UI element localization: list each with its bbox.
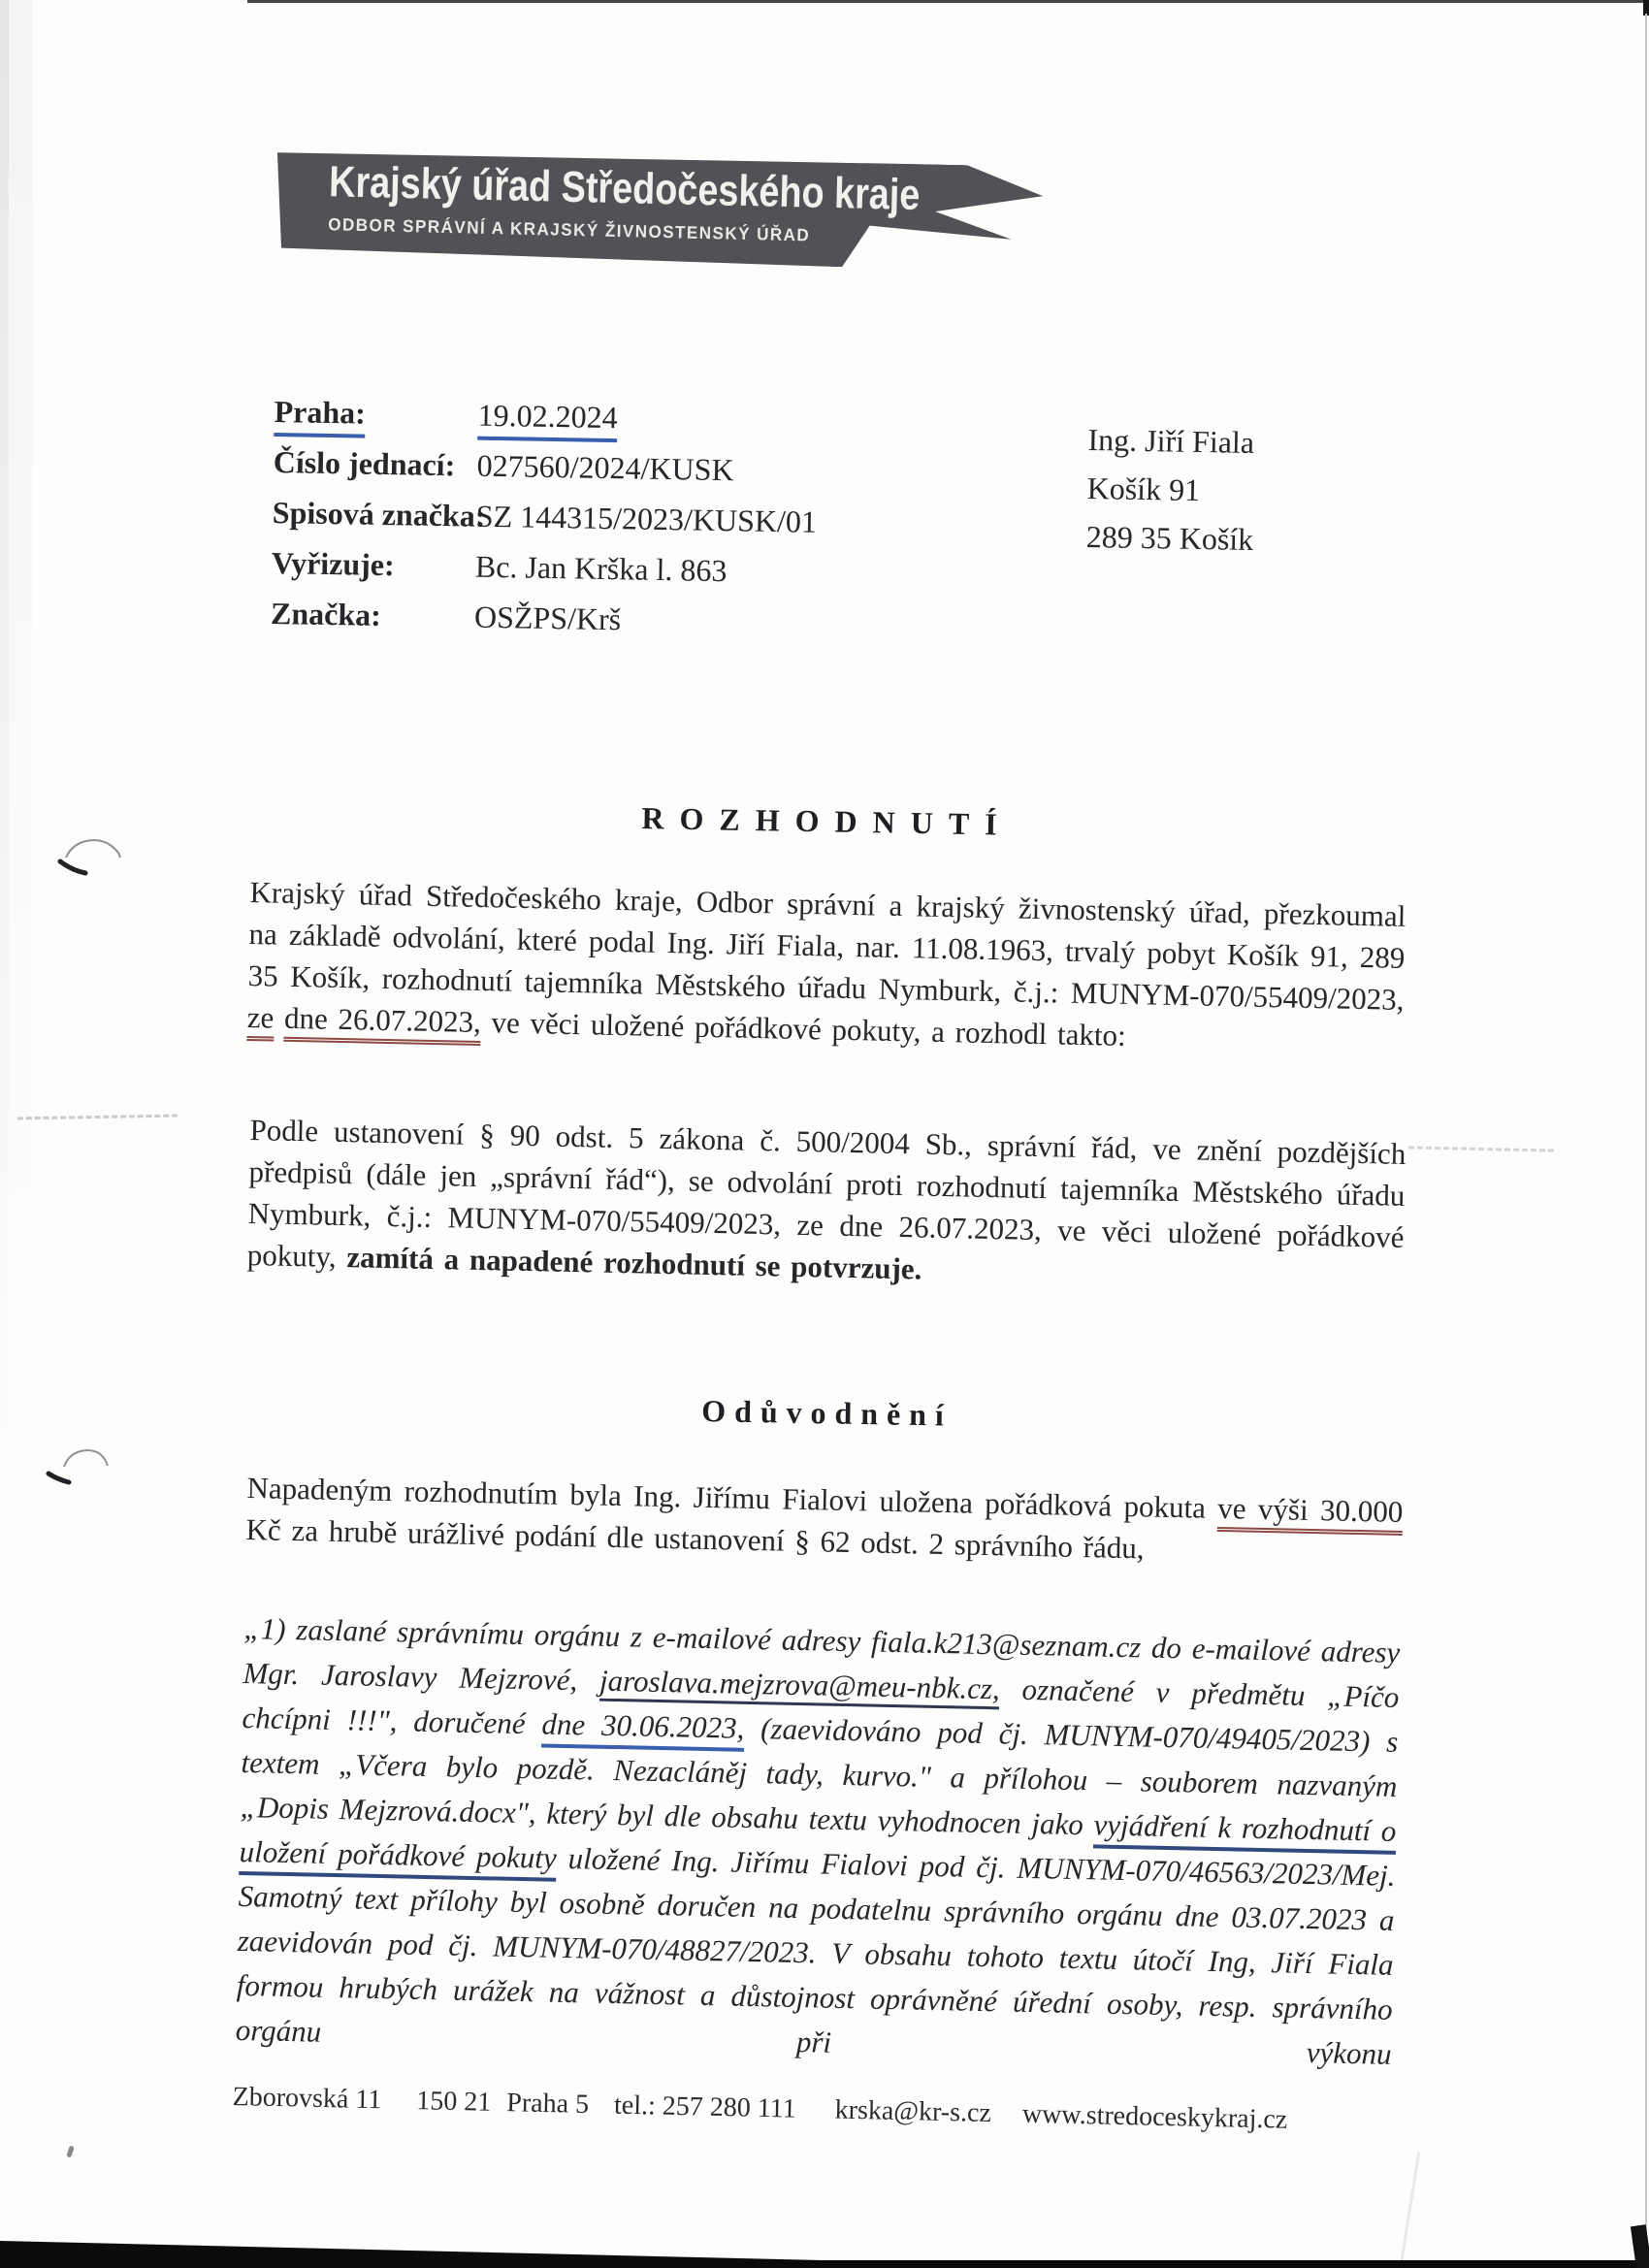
recipient-address: Ing. Jiří Fiala Košík 91 289 35 Košík (1085, 415, 1255, 564)
date-value: 19.02.2024 (477, 398, 618, 437)
footer-website: www.stredoceskykraj.cz (1022, 2099, 1288, 2136)
reasoning-paragraph-1: Napadeným rozhodnutím byla Ing. Jiřímu F… (245, 1467, 1404, 1574)
scan-artifact-dashes-left (17, 1115, 178, 1120)
page-footer: Zborovská 11150 21Praha 5tel.: 257 280 1… (232, 2082, 1287, 2136)
file-number-label: Číslo jednací: (273, 444, 477, 484)
scan-artifact-left-edge (0, 0, 9, 1455)
recipient-name: Ing. Jiří Fiala (1087, 415, 1255, 467)
recipient-street: Košík 91 (1086, 464, 1254, 515)
reasoning-heading: Odůvodnění (249, 1385, 1404, 1442)
scan-artifact-right-line (1645, 14, 1647, 2235)
scan-artifact-dashes-right (1408, 1146, 1554, 1151)
recipient-city: 289 35 Košík (1085, 512, 1253, 564)
pen-squiggle-mark-2 (45, 1445, 111, 1488)
footer-phone: tel.: 257 280 111 (614, 2090, 796, 2125)
decision-heading: ROZHODNUTÍ (249, 794, 1404, 850)
pen-squiggle-mark-1 (56, 834, 126, 877)
decision-paragraph-1: Krajský úřad Středočeského kraje, Odbor … (246, 871, 1406, 1062)
handler-value: Bc. Jan Krška l. 863 (475, 549, 727, 590)
reference-block: Praha: 19.02.2024 Číslo jednací: 027560/… (270, 394, 819, 656)
footer-city: Praha 5 (506, 2088, 589, 2121)
place-label: Praha: (274, 394, 478, 434)
footer-email: krska@kr-s.cz (834, 2095, 991, 2130)
footer-street: Zborovská 11 (232, 2082, 381, 2116)
docket-label: Spisová značka: (273, 495, 477, 535)
document-page: Krajský úřad Středočeského kraje ODBOR S… (0, 0, 1649, 2268)
mark-value: OSŽPS/Krš (474, 599, 622, 638)
footer-zip: 150 21 (416, 2086, 492, 2119)
scan-artifact-ink-speck (66, 2146, 74, 2158)
reasoning-paragraph-2-quoted: „1) zaslané správnímu orgánu z e-mailové… (235, 1606, 1400, 2077)
header-banner: Krajský úřad Středočeského kraje ODBOR S… (275, 149, 1044, 272)
docket-value: SZ 144315/2023/KUSK/01 (476, 499, 818, 540)
meta-row-mark: Značka: OSŽPS/Krš (270, 596, 815, 656)
decision-paragraph-2: Podle ustanovení § 90 odst. 5 zákona č. … (246, 1109, 1406, 1300)
file-number-value: 027560/2024/KUSK (476, 448, 734, 489)
handler-label: Vyřizuje: (272, 545, 476, 585)
scan-artifact-top-line (247, 0, 1649, 3)
mark-label: Značka: (271, 596, 475, 635)
scan-artifact-left-shadow (9, 0, 32, 1261)
scan-artifact-crease (1400, 2152, 1420, 2265)
